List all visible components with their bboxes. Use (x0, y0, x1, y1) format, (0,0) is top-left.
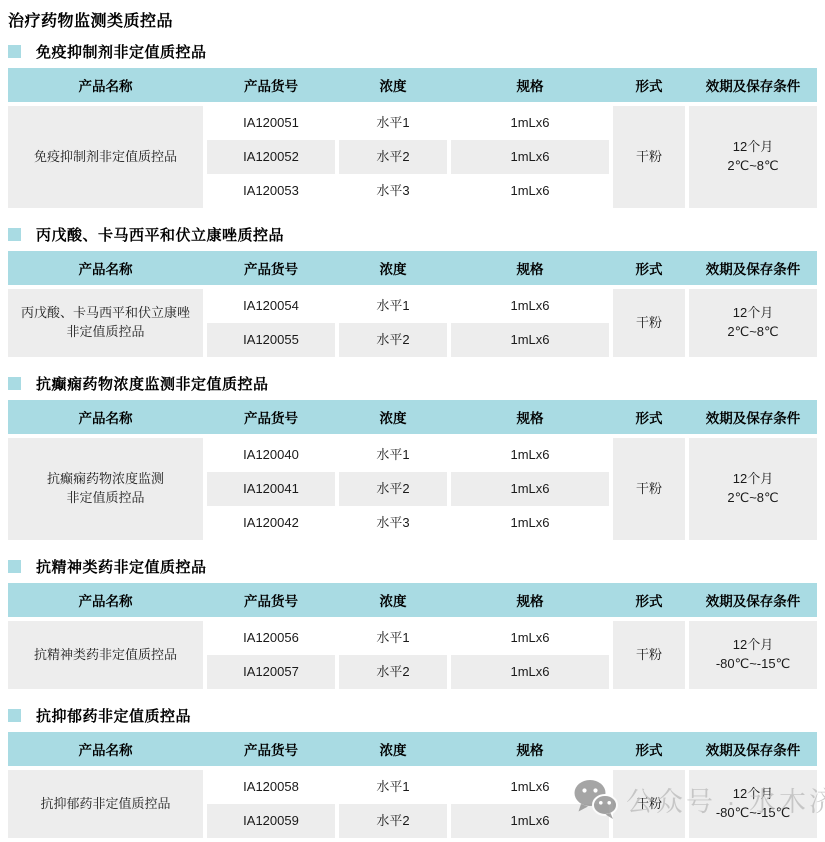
catalog-number-cell: IA120051 (207, 106, 335, 140)
level-cell: 水平3 (339, 506, 447, 540)
column-header: 规格 (451, 583, 609, 617)
catalog-number-cell: IA120059 (207, 804, 335, 838)
catalog-number-cell: IA120056 (207, 621, 335, 655)
product-name-cell: 抗癫痫药物浓度监测非定值质控品 (8, 438, 203, 540)
column-header: 浓度 (339, 68, 447, 102)
level-cell: 水平1 (339, 770, 447, 804)
column-header: 形式 (613, 583, 685, 617)
product-name-line: 丙戊酸、卡马西平和伏立康唑 (21, 304, 190, 323)
catalog-page: 治疗药物监测类质控品 免疫抑制剂非定值质控品 产品名称产品货号浓度规格形式效期及… (0, 0, 825, 842)
section-bullet-icon (8, 45, 21, 58)
section-heading: 免疫抑制剂非定值质控品 (8, 41, 817, 62)
product-name-line: 抗精神类药非定值质控品 (34, 646, 177, 665)
catalog-number-cell: IA120042 (207, 506, 335, 540)
catalog-number-cell: IA120040 (207, 438, 335, 472)
column-header: 形式 (613, 68, 685, 102)
storage-line: 12个月 (733, 470, 773, 489)
column-header: 形式 (613, 400, 685, 434)
spec-cell: 1mLx6 (451, 323, 609, 357)
storage-line: 12个月 (733, 138, 773, 157)
form-cell: 干粉 (613, 621, 685, 689)
table-header-row: 产品名称产品货号浓度规格形式效期及保存条件 (8, 68, 817, 102)
product-name-line: 免疫抑制剂非定值质控品 (34, 148, 177, 167)
storage-cell: 12个月2℃~8℃ (689, 289, 817, 357)
form-cell: 干粉 (613, 770, 685, 838)
section-bullet-icon (8, 560, 21, 573)
section-heading: 丙戊酸、卡马西平和伏立康唑质控品 (8, 224, 817, 245)
storage-cell: 12个月-80℃~-15℃ (689, 770, 817, 838)
product-name-line: 非定值质控品 (66, 489, 144, 508)
section-heading: 抗癫痫药物浓度监测非定值质控品 (8, 373, 817, 394)
table-header-row: 产品名称产品货号浓度规格形式效期及保存条件 (8, 583, 817, 617)
catalog-number-cell: IA120057 (207, 655, 335, 689)
section-bullet-icon (8, 228, 21, 241)
column-header: 效期及保存条件 (689, 251, 817, 285)
spec-cell: 1mLx6 (451, 770, 609, 804)
level-cell: 水平1 (339, 438, 447, 472)
spec-cell: 1mLx6 (451, 655, 609, 689)
storage-line: 2℃~8℃ (727, 323, 778, 342)
column-header: 效期及保存条件 (689, 732, 817, 766)
column-header: 产品名称 (8, 251, 203, 285)
level-cell: 水平2 (339, 472, 447, 506)
product-section: 抗精神类药非定值质控品 产品名称产品货号浓度规格形式效期及保存条件 抗精神类药非… (8, 556, 817, 689)
storage-cell: 12个月2℃~8℃ (689, 438, 817, 540)
table-header-row: 产品名称产品货号浓度规格形式效期及保存条件 (8, 400, 817, 434)
section-heading: 抗抑郁药非定值质控品 (8, 705, 817, 726)
table-body: 抗抑郁药非定值质控品IA120058水平11mLx6IA120059水平21mL… (8, 770, 817, 838)
catalog-number-cell: IA120041 (207, 472, 335, 506)
form-cell: 干粉 (613, 438, 685, 540)
level-cell: 水平2 (339, 140, 447, 174)
column-header: 产品货号 (207, 400, 335, 434)
catalog-number-cell: IA120055 (207, 323, 335, 357)
product-section: 丙戊酸、卡马西平和伏立康唑质控品 产品名称产品货号浓度规格形式效期及保存条件 丙… (8, 224, 817, 357)
storage-cell: 12个月2℃~8℃ (689, 106, 817, 208)
column-header: 效期及保存条件 (689, 68, 817, 102)
column-header: 浓度 (339, 251, 447, 285)
column-header: 效期及保存条件 (689, 400, 817, 434)
column-header: 产品名称 (8, 400, 203, 434)
column-header: 产品货号 (207, 68, 335, 102)
spec-cell: 1mLx6 (451, 506, 609, 540)
table-header-row: 产品名称产品货号浓度规格形式效期及保存条件 (8, 251, 817, 285)
section-bullet-icon (8, 709, 21, 722)
section-heading-text: 免疫抑制剂非定值质控品 (36, 41, 207, 62)
column-header: 规格 (451, 732, 609, 766)
column-header: 规格 (451, 400, 609, 434)
product-name-cell: 免疫抑制剂非定值质控品 (8, 106, 203, 208)
column-header: 产品货号 (207, 583, 335, 617)
section-bullet-icon (8, 377, 21, 390)
storage-line: -80℃~-15℃ (716, 655, 790, 674)
column-header: 浓度 (339, 400, 447, 434)
level-cell: 水平1 (339, 289, 447, 323)
product-name-line: 抗癫痫药物浓度监测 (47, 470, 164, 489)
section-heading: 抗精神类药非定值质控品 (8, 556, 817, 577)
sections-container: 免疫抑制剂非定值质控品 产品名称产品货号浓度规格形式效期及保存条件 免疫抑制剂非… (8, 41, 817, 838)
product-name-line: 抗抑郁药非定值质控品 (40, 795, 170, 814)
table-header-row: 产品名称产品货号浓度规格形式效期及保存条件 (8, 732, 817, 766)
storage-line: 2℃~8℃ (727, 489, 778, 508)
column-header: 浓度 (339, 583, 447, 617)
column-header: 规格 (451, 251, 609, 285)
storage-line: 12个月 (733, 636, 773, 655)
column-header: 产品名称 (8, 732, 203, 766)
catalog-number-cell: IA120054 (207, 289, 335, 323)
section-heading-text: 抗抑郁药非定值质控品 (36, 705, 191, 726)
section-heading-text: 丙戊酸、卡马西平和伏立康唑质控品 (36, 224, 284, 245)
storage-line: 12个月 (733, 304, 773, 323)
spec-cell: 1mLx6 (451, 140, 609, 174)
product-name-line: 非定值质控品 (66, 323, 144, 342)
spec-cell: 1mLx6 (451, 174, 609, 208)
column-header: 规格 (451, 68, 609, 102)
page-title: 治疗药物监测类质控品 (8, 8, 817, 31)
product-name-cell: 丙戊酸、卡马西平和伏立康唑非定值质控品 (8, 289, 203, 357)
storage-cell: 12个月-80℃~-15℃ (689, 621, 817, 689)
column-header: 产品货号 (207, 732, 335, 766)
storage-line: -80℃~-15℃ (716, 804, 790, 823)
spec-cell: 1mLx6 (451, 621, 609, 655)
catalog-number-cell: IA120052 (207, 140, 335, 174)
level-cell: 水平2 (339, 655, 447, 689)
level-cell: 水平2 (339, 804, 447, 838)
column-header: 产品货号 (207, 251, 335, 285)
column-header: 产品名称 (8, 68, 203, 102)
level-cell: 水平3 (339, 174, 447, 208)
spec-cell: 1mLx6 (451, 289, 609, 323)
product-name-cell: 抗精神类药非定值质控品 (8, 621, 203, 689)
column-header: 浓度 (339, 732, 447, 766)
spec-cell: 1mLx6 (451, 438, 609, 472)
level-cell: 水平2 (339, 323, 447, 357)
catalog-number-cell: IA120053 (207, 174, 335, 208)
section-heading-text: 抗癫痫药物浓度监测非定值质控品 (36, 373, 269, 394)
product-section: 抗癫痫药物浓度监测非定值质控品 产品名称产品货号浓度规格形式效期及保存条件 抗癫… (8, 373, 817, 540)
product-name-cell: 抗抑郁药非定值质控品 (8, 770, 203, 838)
level-cell: 水平1 (339, 106, 447, 140)
spec-cell: 1mLx6 (451, 106, 609, 140)
column-header: 形式 (613, 251, 685, 285)
level-cell: 水平1 (339, 621, 447, 655)
form-cell: 干粉 (613, 106, 685, 208)
product-section: 免疫抑制剂非定值质控品 产品名称产品货号浓度规格形式效期及保存条件 免疫抑制剂非… (8, 41, 817, 208)
section-heading-text: 抗精神类药非定值质控品 (36, 556, 207, 577)
table-body: 抗癫痫药物浓度监测非定值质控品IA120040水平11mLx6IA120041水… (8, 438, 817, 540)
column-header: 形式 (613, 732, 685, 766)
table-body: 抗精神类药非定值质控品IA120056水平11mLx6IA120057水平21m… (8, 621, 817, 689)
product-section: 抗抑郁药非定值质控品 产品名称产品货号浓度规格形式效期及保存条件 抗抑郁药非定值… (8, 705, 817, 838)
spec-cell: 1mLx6 (451, 472, 609, 506)
storage-line: 2℃~8℃ (727, 157, 778, 176)
table-body: 免疫抑制剂非定值质控品IA120051水平11mLx6IA120052水平21m… (8, 106, 817, 208)
table-body: 丙戊酸、卡马西平和伏立康唑非定值质控品IA120054水平11mLx6IA120… (8, 289, 817, 357)
catalog-number-cell: IA120058 (207, 770, 335, 804)
column-header: 效期及保存条件 (689, 583, 817, 617)
form-cell: 干粉 (613, 289, 685, 357)
storage-line: 12个月 (733, 785, 773, 804)
spec-cell: 1mLx6 (451, 804, 609, 838)
column-header: 产品名称 (8, 583, 203, 617)
